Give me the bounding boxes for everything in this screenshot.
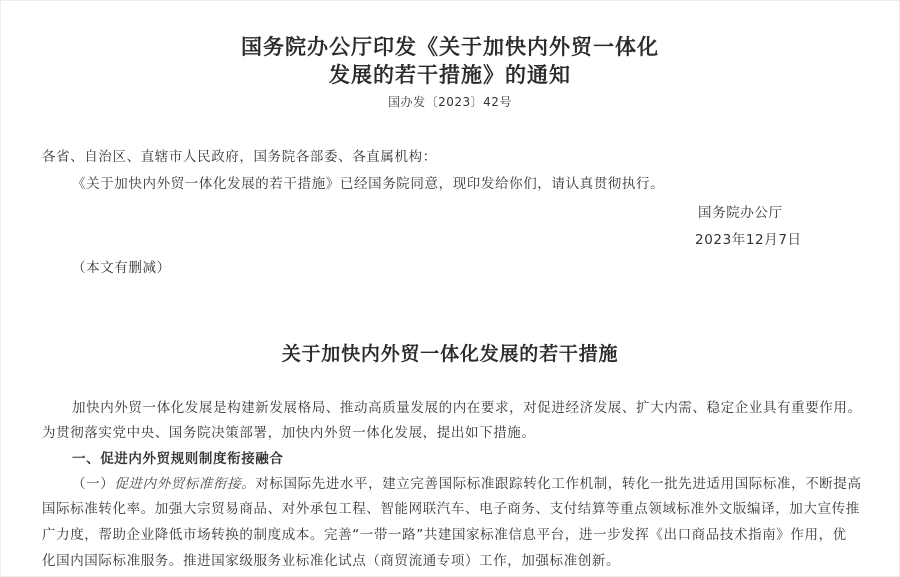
item-line-1: （一）促进内外贸标准衔接。对标国际先进水平，建立完善国际标准跟踪转化工作机制，转…: [72, 475, 862, 493]
signature-date: 2023年12月7日: [695, 231, 802, 249]
salutation: 各省、自治区、直辖市人民政府，国务院各部委、各直属机构：: [42, 148, 437, 166]
item-line-2: 国际标准转化率。加强大宗贸易商品、对外承包工程、智能网联汽车、电子商务、支付结算…: [42, 500, 860, 518]
notice-title-line-2: 发展的若干措施》的通知: [0, 61, 900, 89]
measures-intro-line-1: 加快内外贸一体化发展是构建新发展格局、推动高质量发展的内在要求，对促进经济发展、…: [72, 399, 862, 417]
item-text: 对标国际先进水平，建立完善国际标准跟踪转化工作机制，转化一批先进适用国际标准，不…: [255, 476, 861, 492]
section-heading: 一、促进内外贸规则制度衔接融合: [72, 450, 284, 468]
measures-title: 关于加快内外贸一体化发展的若干措施: [0, 339, 900, 366]
abridged-note: （本文有删减）: [72, 259, 171, 277]
signature-organization: 国务院办公厅: [698, 204, 783, 222]
measures-intro-line-2: 为贯彻落实党中央、国务院决策部署，加快内外贸一体化发展，提出如下措施。: [42, 424, 536, 442]
item-heading: 促进内外贸标准衔接。: [114, 476, 255, 492]
item-line-3: 广力度，帮助企业降低市场转换的制度成本。完善“一带一路”共建国家标准信息平台，进…: [42, 526, 847, 544]
notice-title-line-1: 国务院办公厅印发《关于加快内外贸一体化: [0, 33, 900, 61]
item-line-4: 化国内国际标准服务。推进国家级服务业标准化试点（商贸流通专项）工作，加强标准创新…: [42, 552, 620, 570]
item-label: （一）: [72, 476, 114, 492]
document-number: 国办发〔2023〕42号: [0, 93, 900, 110]
notice-body: 《关于加快内外贸一体化发展的若干措施》已经国务院同意，现印发给你们，请认真贯彻执…: [72, 175, 664, 193]
